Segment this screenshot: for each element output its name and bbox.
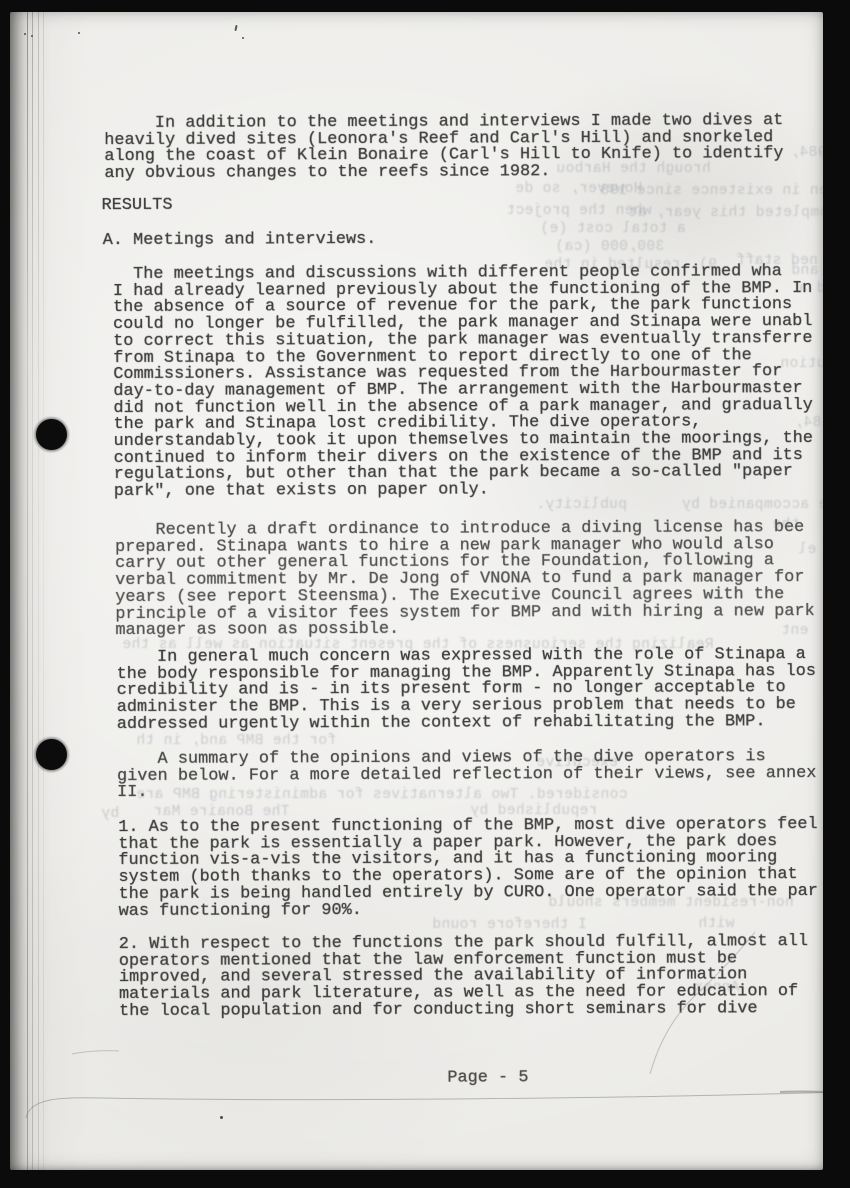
paragraph-summary-note: A summary of the opinions and views of t… (117, 749, 817, 802)
document-page: hrough the Harbou However, so de een in … (10, 12, 823, 1170)
paragraph-draft-ordinance: Recently a draft ordinance to introduce … (115, 520, 815, 640)
page-number: Page - 5 (447, 1070, 528, 1087)
paragraph-bmp-functioning: The meetings and discussions with differ… (113, 264, 813, 501)
typewritten-text-layer: In addition to the meetings and intervie… (10, 12, 823, 1170)
list-item-1: 1. As to the present functioning of the … (118, 817, 818, 920)
dust-speck (24, 33, 26, 35)
intro-paragraph: In addition to the meetings and intervie… (104, 113, 783, 183)
section-a-heading: A. Meetings and interviews. (103, 232, 377, 250)
list-item-2: 2. With respect to the functions the par… (119, 934, 809, 1021)
dust-speck (31, 35, 33, 37)
dust-speck (78, 32, 80, 34)
results-heading: RESULTS (102, 198, 173, 215)
dust-speck (220, 1116, 223, 1119)
scan-background: { "colors": { "scan_background": "#0b0b0… (0, 0, 850, 1188)
dust-speck (242, 37, 244, 39)
paragraph-stinapa-concern: In general much concern was expressed wi… (116, 647, 816, 734)
